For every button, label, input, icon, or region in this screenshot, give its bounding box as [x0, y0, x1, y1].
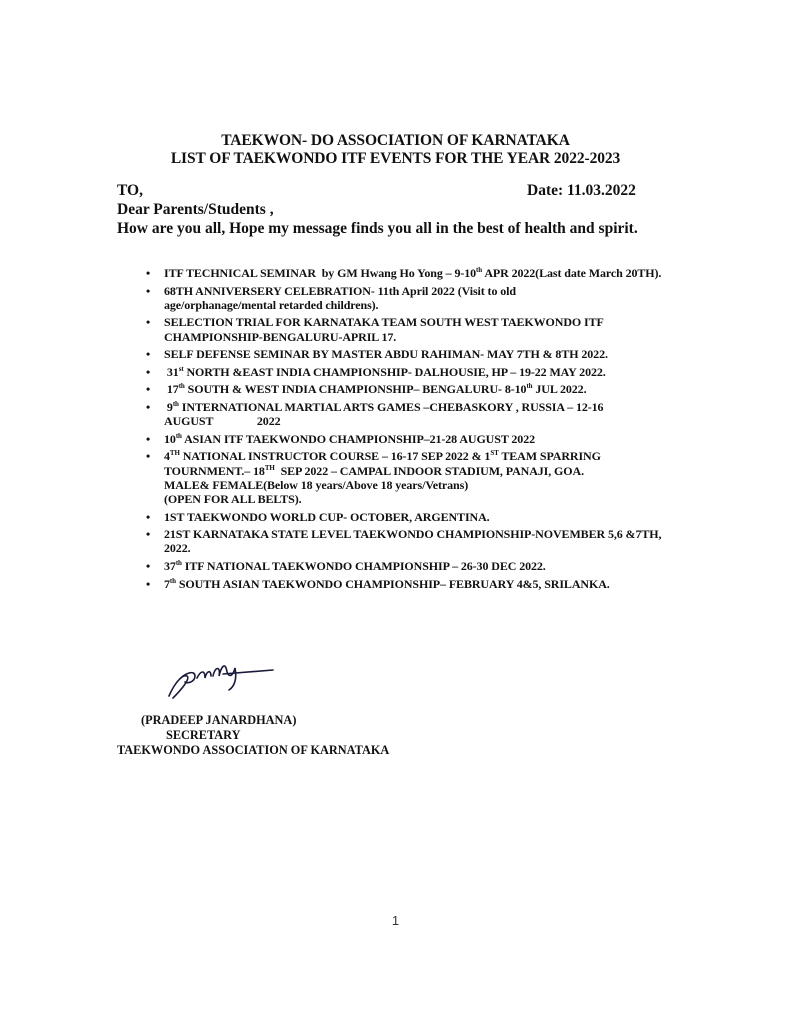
- event-item: 10th ASIAN ITF TAEKWONDO CHAMPIONSHIP–21…: [148, 432, 688, 446]
- salutation: Dear Parents/Students ,: [117, 201, 274, 219]
- signatory-role: SECRETARY: [166, 728, 241, 743]
- greeting: How are you all, Hope my message finds y…: [117, 220, 638, 238]
- event-item: 4TH NATIONAL INSTRUCTOR COURSE – 16-17 S…: [148, 449, 688, 506]
- event-item: SELF DEFENSE SEMINAR BY MASTER ABDU RAHI…: [148, 347, 688, 361]
- signatory-name: (PRADEEP JANARDHANA): [141, 713, 296, 728]
- event-item: 21ST KARNATAKA STATE LEVEL TAEKWONDO CHA…: [148, 527, 688, 555]
- recipient-label: TO,: [117, 182, 143, 200]
- events-list: ITF TECHNICAL SEMINAR by GM Hwang Ho Yon…: [148, 266, 688, 594]
- event-item: 7th SOUTH ASIAN TAEKWONDO CHAMPIONSHIP– …: [148, 577, 688, 591]
- event-item: 9th INTERNATIONAL MARTIAL ARTS GAMES –CH…: [148, 400, 688, 428]
- letter-date: Date: 11.03.2022: [527, 182, 636, 200]
- event-item: 68TH ANNIVERSERY CELEBRATION- 11th April…: [148, 284, 688, 312]
- event-item: 17th SOUTH & WEST INDIA CHAMPIONSHIP– BE…: [148, 382, 688, 396]
- event-item: ITF TECHNICAL SEMINAR by GM Hwang Ho Yon…: [148, 266, 688, 280]
- event-item: 1ST TAEKWONDO WORLD CUP- OCTOBER, ARGENT…: [148, 510, 688, 524]
- document-subtitle: LIST OF TAEKWONDO ITF EVENTS FOR THE YEA…: [0, 150, 791, 168]
- signatory-organization: TAEKWONDO ASSOCIATION OF KARNATAKA: [117, 743, 389, 758]
- document-title: TAEKWON- DO ASSOCIATION OF KARNATAKA: [0, 132, 791, 150]
- event-item: SELECTION TRIAL FOR KARNATAKA TEAM SOUTH…: [148, 315, 688, 343]
- signature-icon: [165, 652, 275, 702]
- event-item: 31st NORTH &EAST INDIA CHAMPIONSHIP- DAL…: [148, 365, 688, 379]
- event-item: 37th ITF NATIONAL TAEKWONDO CHAMPIONSHIP…: [148, 559, 688, 573]
- page-number: 1: [0, 913, 791, 928]
